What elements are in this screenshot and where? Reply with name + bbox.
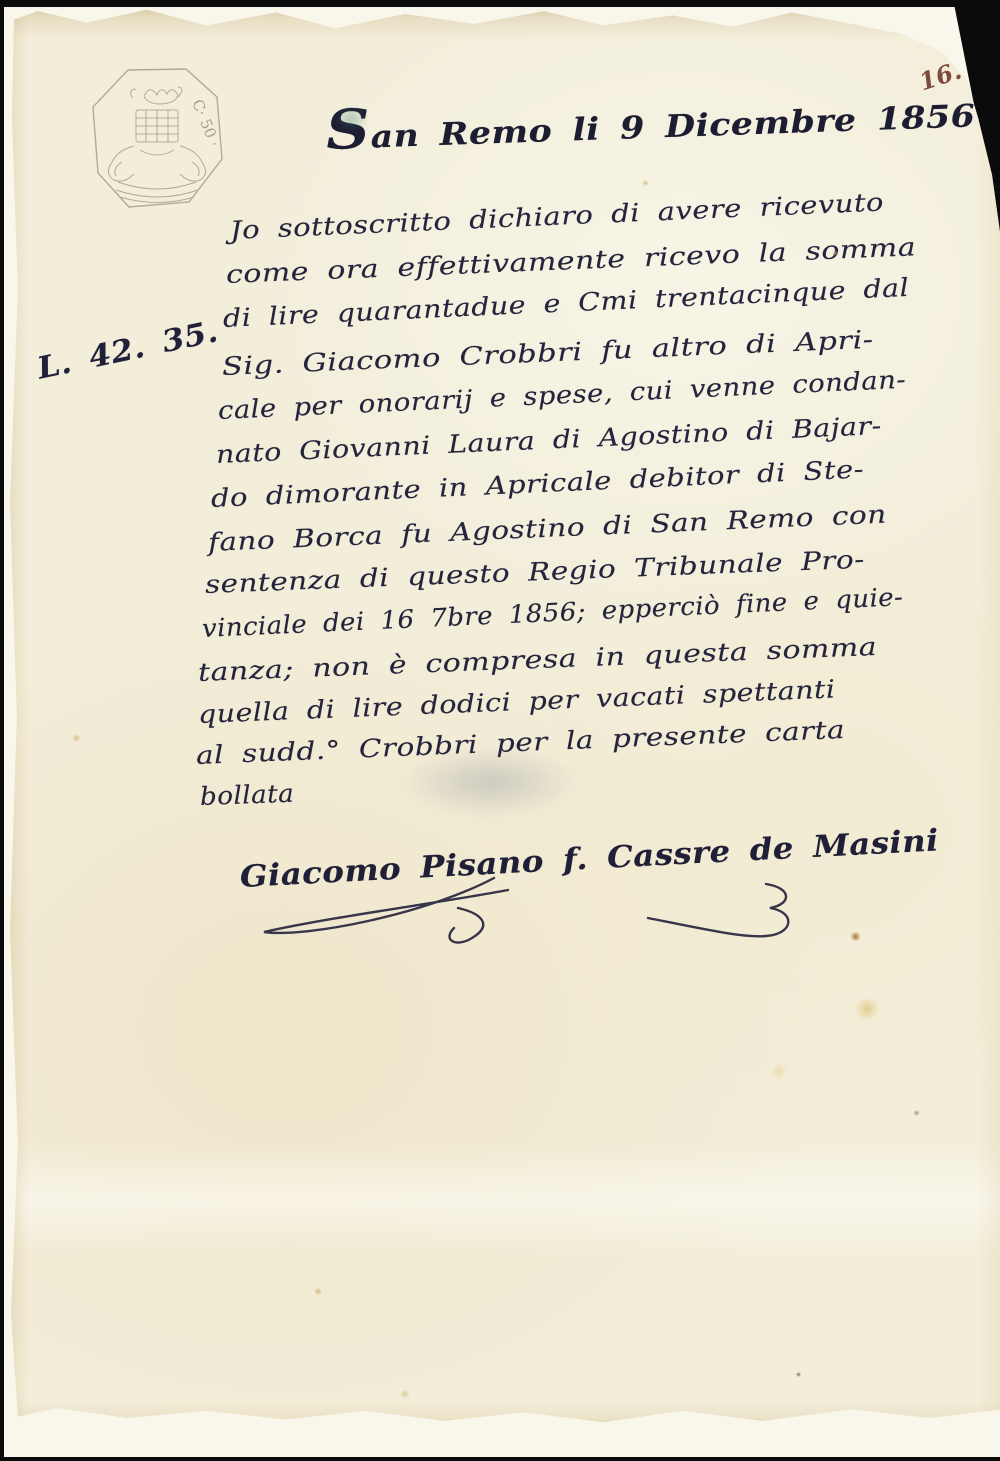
document-paper: C· 50 · 16. San Remo li 9 Dicembre 1856 … [8, 4, 1000, 1428]
gray-smudge [400, 746, 580, 818]
margin-amount: L. 42. 35. [34, 314, 221, 386]
revenue-stamp-icon: C· 50 · [88, 66, 226, 212]
dateline: San Remo li 9 Dicembre 1856 [325, 75, 976, 162]
stain [400, 1390, 410, 1398]
stain [72, 734, 81, 742]
body-line: bollata [199, 779, 294, 811]
stain [770, 1064, 788, 1078]
stain [854, 999, 880, 1019]
ink-smudge [334, 106, 368, 132]
stain [850, 932, 861, 941]
stain [796, 1372, 801, 1377]
scanned-document-1856: { "page": { "corner_note": "16.", "headi… [0, 0, 1000, 1461]
stain [832, 250, 838, 256]
stain [642, 180, 649, 186]
signature-flourish-icon [246, 872, 826, 967]
stain [314, 1288, 322, 1295]
body-line: Jo sottoscritto dichiaro di avere ricevu… [229, 187, 884, 245]
stain [913, 1110, 920, 1116]
